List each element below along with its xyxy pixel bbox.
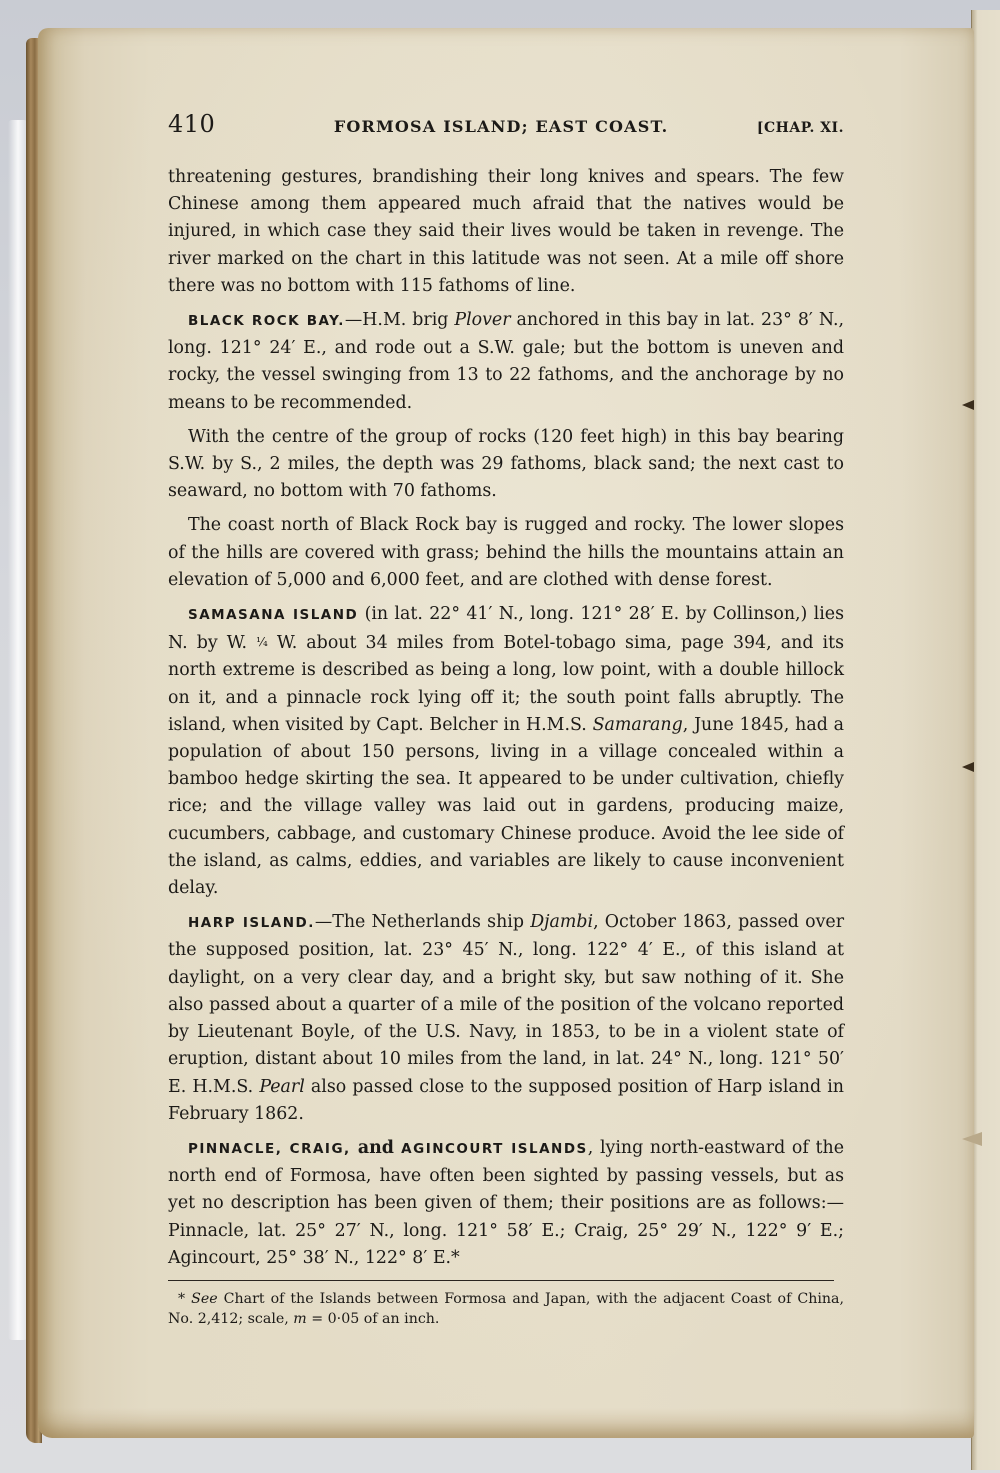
paragraph-rocks-bearing: With the centre of the group of rocks (1… [168, 424, 844, 506]
section-heading-samasana-island: Samasana Island [188, 607, 358, 623]
footnote-divider [168, 1280, 834, 1281]
paragraph-harp-island: Harp Island.—The Netherlands ship Djambi… [168, 909, 844, 1128]
paragraph-pinnacle-craig-agincourt: Pinnacle, Craig, and Agincourt Islands, … [168, 1135, 844, 1272]
text-segment: , lying north-eastward of the north end … [168, 1138, 844, 1268]
running-title: FORMOSA ISLAND; EAST COAST. [334, 117, 669, 136]
ship-name: Pearl [259, 1077, 304, 1097]
section-heading-harp-island: Harp Island. [188, 915, 315, 931]
footnote-scale-variable: m [293, 1311, 306, 1327]
section-heading-agincourt: Agincourt Islands [401, 1141, 588, 1157]
page-number: 410 [168, 110, 215, 138]
fraction-quarter: ¼ [256, 635, 268, 649]
text-segment: —The Netherlands ship [315, 912, 530, 932]
next-page-edge [971, 10, 1000, 1470]
text-segment: —H.M. brig [345, 310, 455, 330]
text-segment: , October 1863, passed over the supposed… [168, 912, 844, 1096]
paragraph-black-rock-bay: Black Rock Bay.—H.M. brig Plover anchore… [168, 307, 844, 417]
book-photo: 410 FORMOSA ISLAND; EAST COAST. [CHAP. X… [0, 0, 1000, 1473]
footnote-scale-value: = 0·05 of an inch. [307, 1311, 440, 1327]
chapter-reference: [CHAP. XI. [757, 120, 844, 136]
footnote: * See Chart of the Islands between Formo… [168, 1289, 844, 1329]
paragraph-continuation: threatening gestures, brandishing their … [168, 164, 844, 300]
ship-name: Samarang [593, 715, 683, 735]
section-heading-pinnacle-craig: Pinnacle, Craig, [188, 1141, 351, 1157]
footnote-see: See [191, 1291, 218, 1307]
plastic-sleeve [8, 120, 28, 1340]
page-stain [38, 1408, 974, 1438]
running-head: 410 FORMOSA ISLAND; EAST COAST. [CHAP. X… [168, 110, 844, 150]
text-segment: , June 1845, had a population of about 1… [168, 715, 844, 898]
footnote-text: Chart of the Islands between Formosa and… [168, 1291, 844, 1327]
ship-name: Plover [454, 310, 510, 330]
paragraph-coast-north: The coast north of Black Rock bay is rug… [168, 512, 844, 594]
heading-conjunction: and [351, 1138, 402, 1158]
paragraph-samasana-island: Samasana Island (in lat. 22° 41′ N., lon… [168, 601, 844, 902]
section-heading-black-rock-bay: Black Rock Bay. [188, 313, 345, 329]
page-content: 410 FORMOSA ISLAND; EAST COAST. [CHAP. X… [168, 110, 844, 1329]
footnote-marker: * [178, 1291, 191, 1307]
ship-name: Djambi [530, 912, 593, 932]
